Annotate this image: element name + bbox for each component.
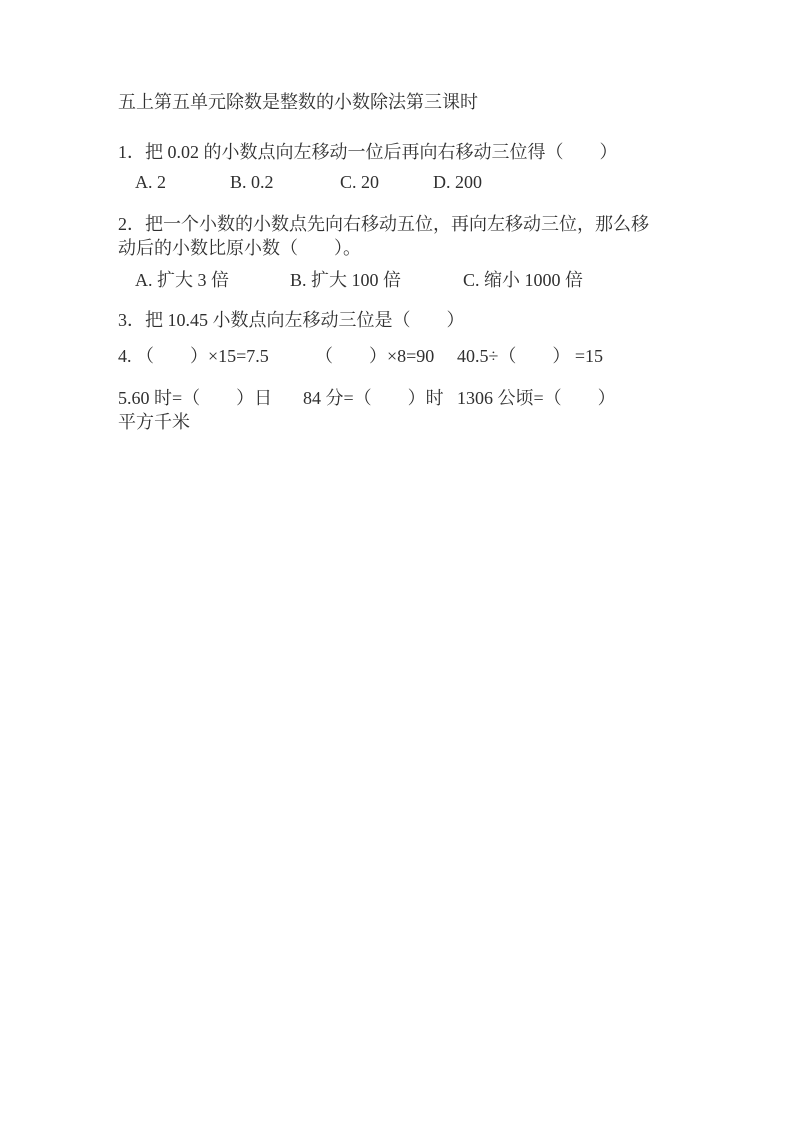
question-2-options-row: A. 扩大 3 倍 B. 扩大 100 倍 C. 缩小 1000 倍 (118, 268, 675, 292)
question-2-option-b: B. 扩大 100 倍 (290, 268, 401, 292)
question-1-option-c: C. 20 (340, 170, 379, 194)
question-4-row: 4. （ ）×15=7.5 （ ）×8=90 40.5÷（ ） =15 (118, 344, 675, 368)
question-5-row: 5.60 时=（ ）日 84 分=（ ）时 1306 公顷=（ ） (118, 386, 675, 410)
question-2-option-a: A. 扩大 3 倍 (135, 268, 229, 292)
question-5-blank-3: 1306 公顷=（ ） (457, 386, 616, 410)
question-5-blank-1: 5.60 时=（ ）日 (118, 386, 272, 410)
worksheet-content: 五上第五单元除数是整数的小数除法第三课时 1．把 0.02 的小数点向左移动一位… (0, 0, 793, 434)
question-5-text-line2: 平方千米 (118, 410, 675, 434)
question-2-option-c: C. 缩小 1000 倍 (463, 268, 583, 292)
question-1-option-b: B. 0.2 (230, 170, 274, 194)
question-4-blank-2: （ ）×8=90 (315, 344, 434, 368)
question-4-blank-3: 40.5÷（ ） =15 (457, 344, 603, 368)
question-3-text: 3．把 10.45 小数点向左移动三位是（ ） (118, 308, 675, 332)
question-2-text-line1: 2．把一个小数的小数点先向右移动五位，再向左移动三位，那么移 (118, 212, 675, 236)
worksheet-title: 五上第五单元除数是整数的小数除法第三课时 (118, 90, 675, 114)
question-5-blank-2: 84 分=（ ）时 (303, 386, 444, 410)
question-2-text-line2: 动后的小数比原小数（ ）。 (118, 236, 675, 260)
document-page: 五上第五单元除数是整数的小数除法第三课时 1．把 0.02 的小数点向左移动一位… (0, 0, 793, 1122)
question-1-options-row: A. 2 B. 0.2 C. 20 D. 200 (118, 170, 675, 194)
question-1-option-a: A. 2 (135, 170, 166, 194)
question-4-blank-1: 4. （ ）×15=7.5 (118, 344, 269, 368)
question-1-option-d: D. 200 (433, 170, 482, 194)
question-1-text: 1．把 0.02 的小数点向左移动一位后再向右移动三位得（ ） (118, 140, 675, 164)
